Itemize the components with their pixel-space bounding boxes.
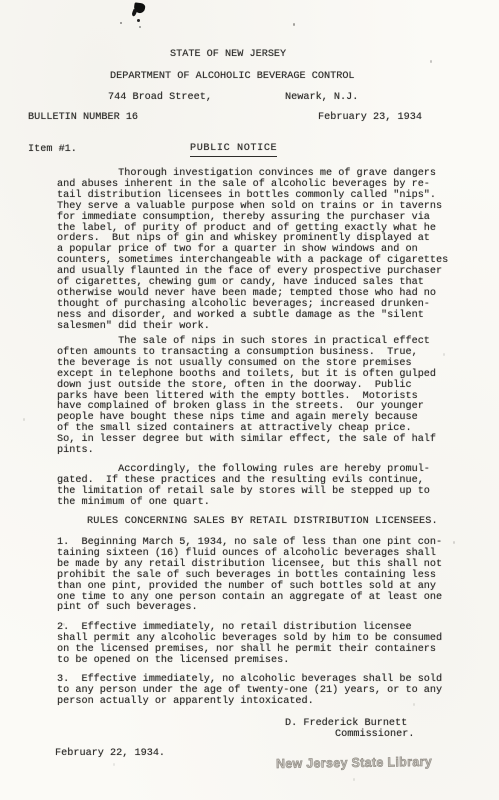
- notice-paragraph-1: Thorough investigation convinces me of g…: [57, 169, 448, 333]
- rule-2: 2. Effective immediately, no retail dist…: [57, 623, 442, 667]
- ink-blot-mark: [133, 2, 145, 13]
- notice-paragraph-2: The sale of nips in such stores in pract…: [57, 337, 436, 457]
- ink-speck: [120, 22, 122, 24]
- rule-1: 1. Beginning March 5, 1934, no sale of l…: [57, 538, 442, 614]
- address-street: 744 Broad Street,: [108, 93, 212, 104]
- footer-date-line: February 22, 1934.: [55, 749, 165, 760]
- bulletin-number: BULLETIN NUMBER 16: [28, 113, 138, 124]
- rule-3: 3. Effective immediately, no alcoholic b…: [57, 675, 442, 708]
- rules-heading: RULES CONCERNING SALES BY RETAIL DISTRIB…: [87, 517, 438, 528]
- document-page: STATE OF NEW JERSEY DEPARTMENT OF ALCOHO…: [0, 0, 499, 800]
- ink-speck: [139, 26, 141, 28]
- ink-speck: [137, 19, 140, 22]
- library-stamp: New Jersey State Library: [276, 754, 432, 771]
- org-name-line1: STATE OF NEW JERSEY: [170, 50, 286, 61]
- org-name-line2: DEPARTMENT OF ALCOHOLIC BEVERAGE CONTROL: [110, 72, 355, 83]
- notice-paragraph-3: Accordingly, the following rules are her…: [57, 465, 430, 509]
- signature-title: Commissioner.: [335, 730, 414, 741]
- item-label: Item #1.: [28, 145, 77, 156]
- notice-title: PUBLIC NOTICE: [190, 144, 277, 157]
- address-city: Newark, N.J.: [285, 93, 358, 104]
- issue-date: February 23, 1934: [318, 113, 422, 124]
- paper-specks: [293, 23, 295, 26]
